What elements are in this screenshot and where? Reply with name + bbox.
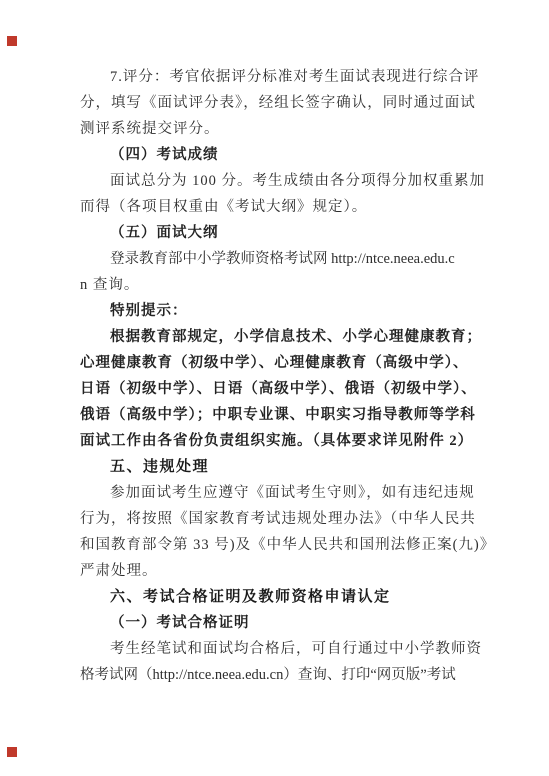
note-line: 心理健康教育（初级中学）、心理健康教育（高级中学）、	[80, 350, 454, 376]
body-line: n 查询。	[80, 272, 454, 298]
body-line: 行为，将按照《国家教育考试违规处理办法》（中华人民共	[80, 506, 454, 532]
section-heading: 五、违规处理	[80, 454, 454, 480]
body-line: 而得（各项目权重由《考试大纲》规定）。	[80, 194, 454, 220]
note-line: 日语（初级中学）、日语（高级中学）、俄语（初级中学）、	[80, 376, 454, 402]
body-line: 参加面试考生应遵守《面试考生守则》，如有违纪违规	[80, 480, 454, 506]
note-line: 特别提示：	[80, 298, 454, 324]
body-line: 测评系统提交评分。	[80, 116, 454, 142]
note-line: 根据教育部规定，小学信息技术、小学心理健康教育；	[80, 324, 454, 350]
note-line: 面试工作由各省份负责组织实施。（具体要求详见附件 2）	[80, 428, 454, 454]
sub-heading: （五）面试大纲	[80, 220, 454, 246]
red-square-marker-bottom	[7, 747, 17, 757]
note-line: 俄语（高级中学）；中职专业课、中职实习指导教师等学科	[80, 402, 454, 428]
body-line: 考生经笔试和面试均合格后，可自行通过中小学教师资	[80, 636, 454, 662]
sub-heading: （一）考试合格证明	[80, 610, 454, 636]
document-page: 7.评分：考官依据评分标准对考生面试表现进行综合评分，填写《面试评分表》，经组长…	[0, 0, 549, 776]
body-line: 面试总分为 100 分。考生成绩由各分项得分加权重累加	[80, 168, 454, 194]
sub-heading: （四）考试成绩	[80, 142, 454, 168]
body-line: 分，填写《面试评分表》，经组长签字确认，同时通过面试	[80, 90, 454, 116]
body-line: 7.评分：考官依据评分标准对考生面试表现进行综合评	[80, 64, 454, 90]
document-body: 7.评分：考官依据评分标准对考生面试表现进行综合评分，填写《面试评分表》，经组长…	[80, 64, 454, 688]
body-line: 登录教育部中小学教师资格考试网 http://ntce.neea.edu.c	[80, 246, 454, 272]
body-line: 和国教育部令第 33 号)及《中华人民共和国刑法修正案(九)》	[80, 532, 454, 558]
body-line: 格考试网（http://ntce.neea.edu.cn）查询、打印“网页版”考…	[80, 662, 454, 688]
body-line: 严肃处理。	[80, 558, 454, 584]
section-heading: 六、考试合格证明及教师资格申请认定	[80, 584, 454, 610]
red-square-marker-top	[7, 36, 17, 46]
